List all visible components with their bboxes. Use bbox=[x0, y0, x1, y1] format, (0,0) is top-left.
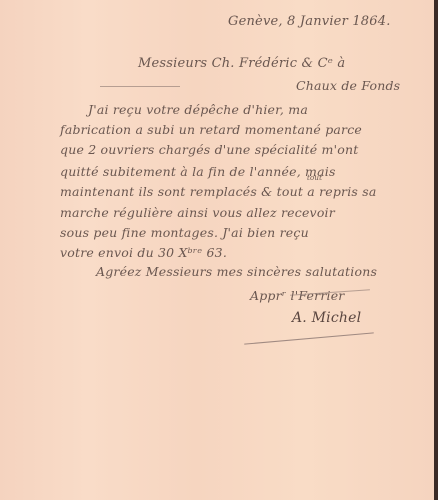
dateline: Genève, 8 Janvier 1864. bbox=[228, 14, 391, 29]
signature-underline bbox=[244, 332, 374, 344]
body-line-1: J'ai reçu votre dépêche d'hier, ma bbox=[88, 102, 308, 117]
signature-line-1: Apprʳ l'Ferrier bbox=[250, 288, 344, 303]
scan-edge bbox=[434, 0, 438, 500]
body-line-6: marche régulière ainsi vous allez recevo… bbox=[60, 205, 335, 220]
letter-page: Genève, 8 Janvier 1864. Messieurs Ch. Fr… bbox=[0, 0, 434, 500]
body-line-8: votre envoi du 30 Xᵇʳᵉ 63. bbox=[60, 245, 227, 260]
body-line-7: sous peu fine montages. J'ai bien reçu bbox=[60, 225, 309, 240]
body-line-5: maintenant ils sont remplacés & tout a r… bbox=[60, 184, 377, 199]
body-line-4: quitté subitement à la fin de l'année, m… bbox=[60, 164, 336, 179]
signature: A. Michel bbox=[292, 310, 361, 326]
addressee-line-2: Chaux de Fonds bbox=[296, 78, 400, 93]
body-line-2: fabrication a subi un retard momentané p… bbox=[60, 122, 362, 137]
addressee-line-1: Messieurs Ch. Frédéric & Cᵉ à bbox=[138, 56, 345, 71]
interlinear-insert: tout bbox=[307, 174, 322, 182]
body-line-3: que 2 ouvriers chargés d'une spécialité … bbox=[60, 142, 358, 157]
closing: Agréez Messieurs mes sincères salutation… bbox=[96, 264, 377, 279]
divider bbox=[100, 86, 180, 87]
